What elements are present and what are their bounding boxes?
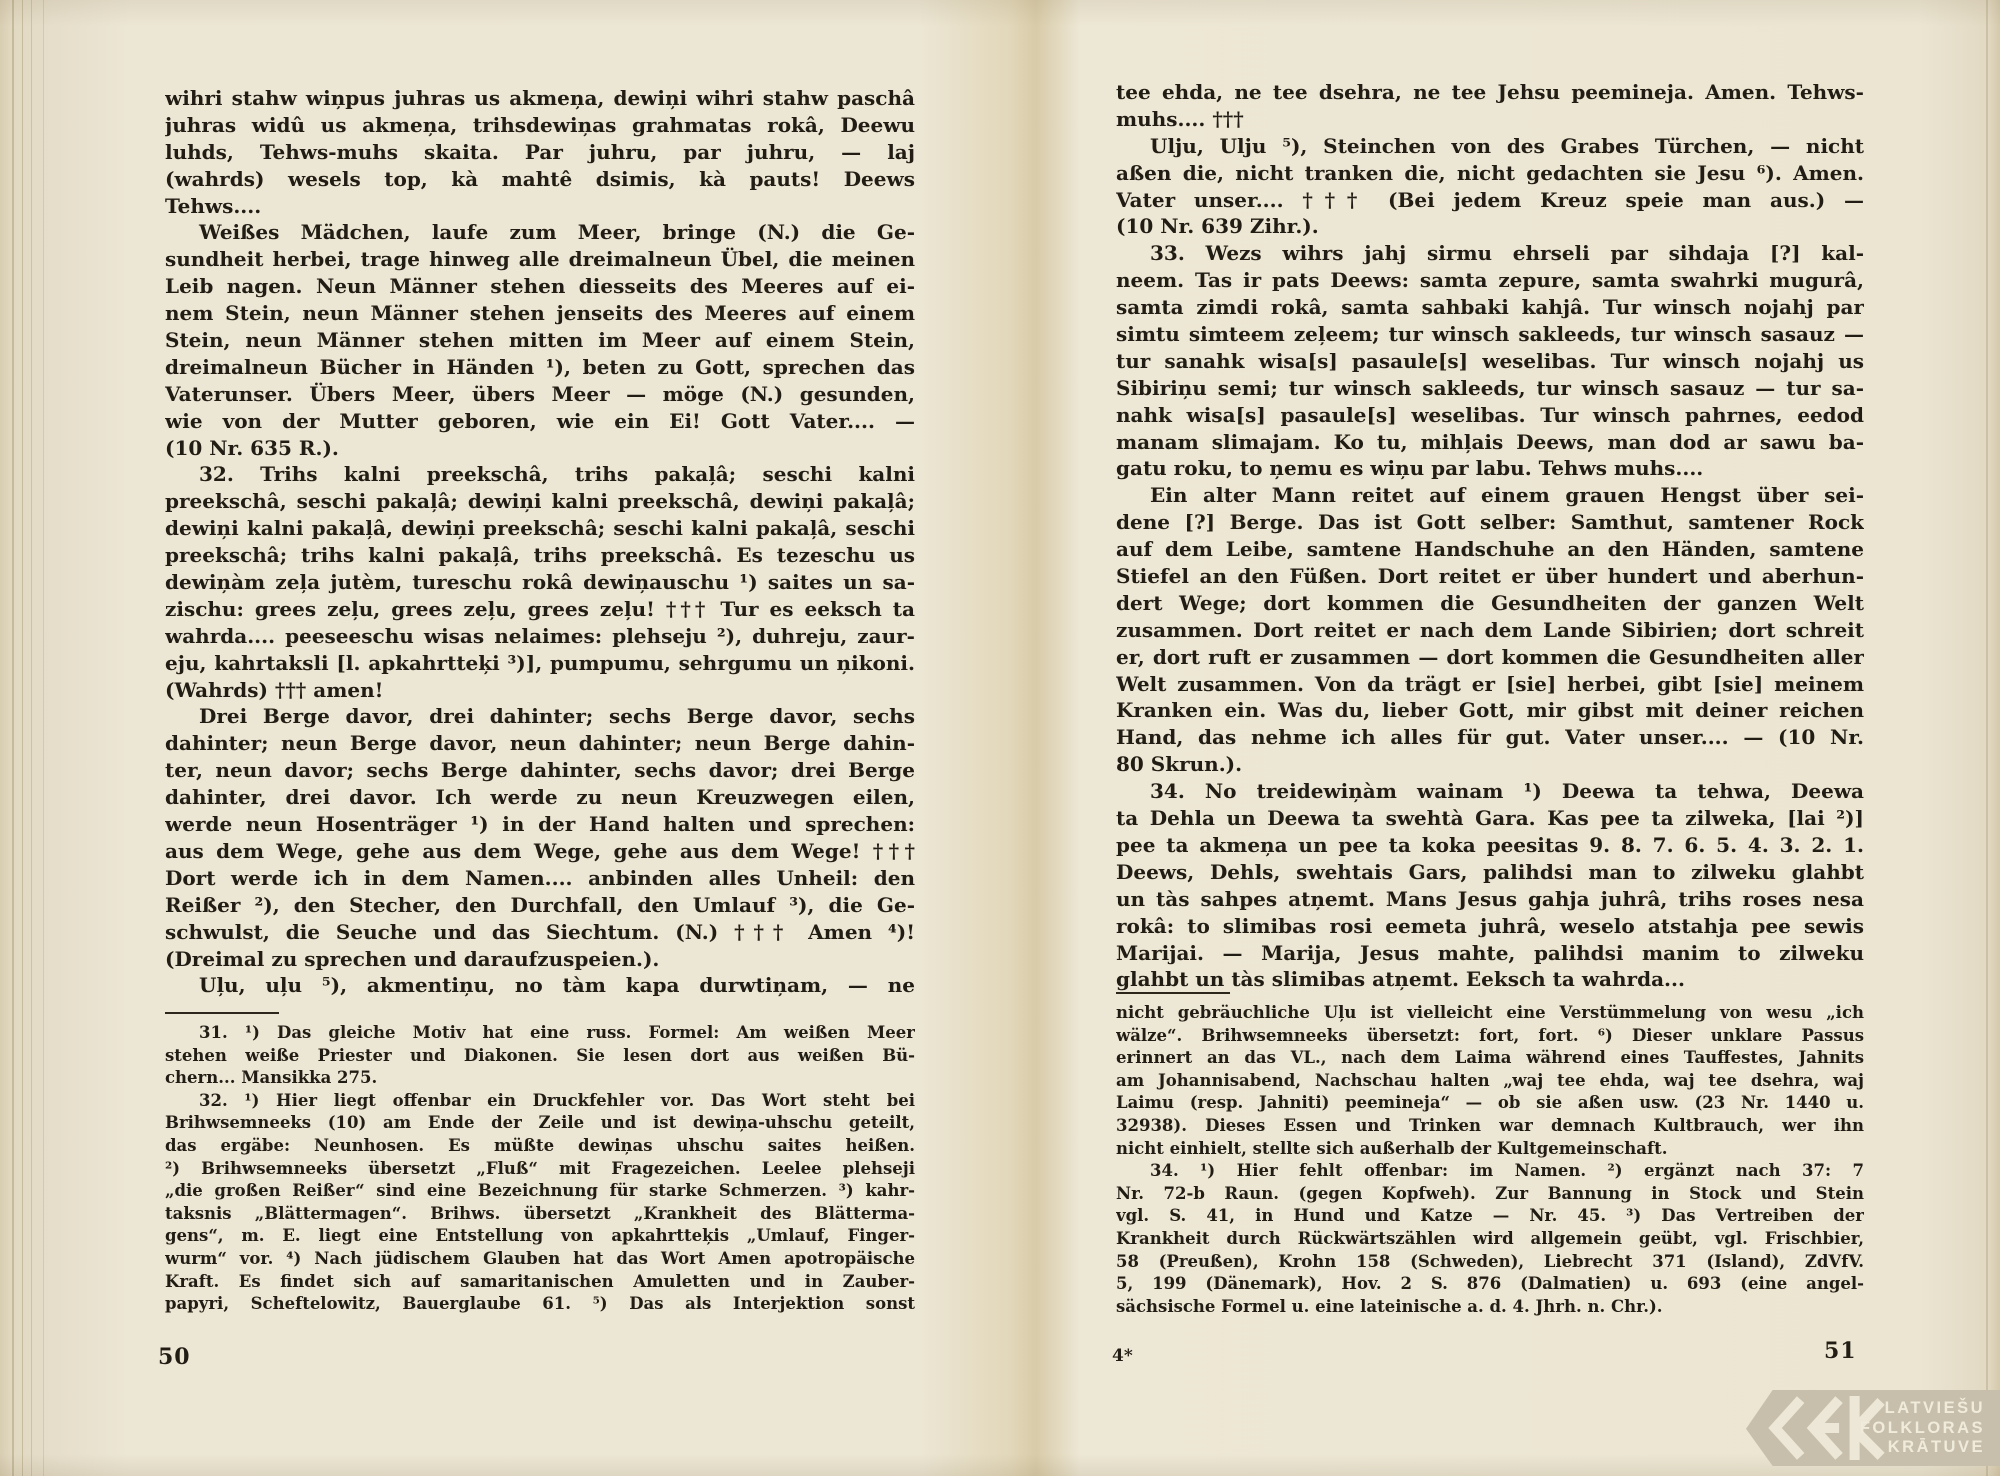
text-line: (wahrds) wesels top, kà mahtê dsimis, kà…: [165, 166, 915, 193]
text-line: 58 (Preußen), Krohn 158 (Schweden), Lieb…: [1116, 1251, 1864, 1274]
bottom-shadow: [0, 1454, 2000, 1476]
text-line: er, dort ruft er zusammen — dort kommen …: [1116, 644, 1864, 671]
text-line: dene [?] Berge. Das ist Gott selber: Sam…: [1116, 509, 1864, 536]
text-line: Vaterunser. Übers Meer, übers Meer — mög…: [165, 381, 915, 408]
text-line: gens“, m. E. liegt eine Entstellung von …: [165, 1225, 915, 1248]
text-line: tee ehda, ne tee dsehra, ne tee Jehsu pe…: [1116, 79, 1864, 106]
text-line: sächsische Formel u. eine lateinische a.…: [1116, 1296, 1864, 1319]
text-line: Ulju, Ulju ⁵), Steinchen von des Grabes …: [1116, 133, 1864, 160]
watermark-text: LATVIEŠU FOLKLORAS KRĀTUVE: [1860, 1399, 1985, 1458]
text-line: 34. No treidewiņàm wainam ¹) Deewa ta te…: [1116, 778, 1864, 805]
text-line: Welt zusammen. Von da trägt er [sie] her…: [1116, 671, 1864, 698]
right-page-number: 51: [1824, 1338, 1857, 1364]
text-line: 80 Skrun.).: [1116, 751, 1864, 778]
text-line: Kraft. Es findet sich auf samaritanische…: [165, 1271, 915, 1294]
text-line: Kranken ein. Was du, lieber Gott, mir gi…: [1116, 697, 1864, 724]
text-line: Uļu, uļu ⁵), akmentiņu, no tàm kapa durw…: [165, 972, 915, 999]
text-line: tur sanahk wisa[s] pasaule[s] weselibas.…: [1116, 348, 1864, 375]
text-line: Weißes Mädchen, laufe zum Meer, bringe (…: [165, 219, 915, 246]
text-line: dreimalneun Bücher in Händen ¹), beten z…: [165, 354, 915, 381]
page-edge-line: [31, 0, 32, 1476]
text-line: erinnert an das VL., nach dem Laima währ…: [1116, 1047, 1864, 1070]
text-line: 32. Trihs kalni preekschâ, trihs pakaļâ;…: [165, 461, 915, 488]
text-line: nem Stein, neun Männer stehen jenseits d…: [165, 300, 915, 327]
text-line: Laimu (resp. Jahniti) peemineja“ — ob si…: [1116, 1092, 1864, 1115]
watermark-banner: LATVIEŠU FOLKLORAS KRĀTUVE: [1746, 1390, 2000, 1466]
text-line: wurm“ vor. ⁴) Nach jüdischem Glauben hat…: [165, 1248, 915, 1271]
text-line: werde neun Hosenträger ¹) in der Hand ha…: [165, 811, 915, 838]
text-line: nahk wisa[s] pasaule[s] weselibas. Tur w…: [1116, 402, 1864, 429]
text-line: Reißer ²), den Stecher, den Durchfall, d…: [165, 892, 915, 919]
left-page-footnotes: 31. ¹) Das gleiche Motiv hat eine russ. …: [165, 1022, 915, 1316]
text-line: Krankheit durch Rückwärtszählen wird all…: [1116, 1228, 1864, 1251]
text-line: manam slimajam. Ko tu, mihļais Deews, ma…: [1116, 429, 1864, 456]
text-line: (Dreimal zu sprechen und daraufzuspeien.…: [165, 946, 915, 973]
text-line: pee ta akmeņa un pee ta koka peesitas 9.…: [1116, 832, 1864, 859]
text-line: chern... Mansikka 275.: [165, 1067, 915, 1090]
right-footnote-rule: [1116, 992, 1230, 994]
text-line: auf dem Leibe, samtene Handschuhe an den…: [1116, 536, 1864, 563]
text-line: samta zimdi rokâ, samta sahbaki kahjâ. T…: [1116, 294, 1864, 321]
text-line: am Johannisabend, Nachschau halten „waj …: [1116, 1070, 1864, 1093]
text-line: 33. Wezs wihrs jahj sirmu ehrseli par si…: [1116, 240, 1864, 267]
page-edge-line: [1986, 0, 1988, 1476]
text-line: 32938). Dieses Essen und Trinken war dem…: [1116, 1115, 1864, 1138]
text-line: Hand, das nehme ich alles für gut. Vater…: [1116, 724, 1864, 751]
text-line: 5, 199 (Dänemark), Hov. 2 S. 876 (Dalmat…: [1116, 1273, 1864, 1296]
text-line: ter, neun davor; sechs Berge dahinter, s…: [165, 757, 915, 784]
text-line: Nr. 72-b Raun. (gegen Kopfweh). Zur Bann…: [1116, 1183, 1864, 1206]
text-line: Leib nagen. Neun Männer stehen diesseits…: [165, 273, 915, 300]
right-page-body-text: tee ehda, ne tee dsehra, ne tee Jehsu pe…: [1116, 79, 1864, 993]
text-line: Deews, Dehls, swehtais Gars, palihdsi ma…: [1116, 859, 1864, 886]
text-line: dert Wege; dort kommen die Gesundheiten …: [1116, 590, 1864, 617]
text-line: das ergäbe: Neunhosen. Es müßte dewiņas …: [165, 1135, 915, 1158]
text-line: glahbt un tàs slimibas atņemt. Eeksch ta…: [1116, 966, 1864, 993]
left-footnote-rule: [165, 1012, 279, 1014]
text-line: dahinter, drei davor. Ich werde zu neun …: [165, 784, 915, 811]
text-line: Brihwsemneeks (10) am Ende der Zeile und…: [165, 1112, 915, 1135]
text-line: wie von der Mutter geboren, wie ein Ei! …: [165, 408, 915, 435]
text-line: (10 Nr. 639 Zihr.).: [1116, 213, 1864, 240]
right-page-footnotes: nicht gebräuchliche Uļu ist vielleicht e…: [1116, 1002, 1864, 1318]
text-line: Vater unser.... ††† (Bei jedem Kreuz spe…: [1116, 187, 1864, 214]
text-line: ta Dehla un Deewa ta swehtà Gara. Kas pe…: [1116, 805, 1864, 832]
signature-mark: 4*: [1112, 1346, 1133, 1366]
text-line: stehen weiße Priester und Diakonen. Sie …: [165, 1045, 915, 1068]
text-line: wihri stahw wiņpus juhras us akmeņa, dew…: [165, 85, 915, 112]
text-line: preekschâ; trihs kalni pakaļâ, trihs pre…: [165, 542, 915, 569]
left-page-number: 50: [158, 1344, 191, 1370]
text-line: Dort werde ich in dem Namen.... anbinden…: [165, 865, 915, 892]
text-line: „die großen Reißer“ sind eine Bezeichnun…: [165, 1180, 915, 1203]
text-line: luhds, Tehws-muhs skaita. Par juhru, par…: [165, 139, 915, 166]
text-line: Stein, neun Männer stehen mitten im Meer…: [165, 327, 915, 354]
text-line: taksnis „Blättermagen“. Brihws. übersetz…: [165, 1203, 915, 1226]
watermark-line-2: FOLKLORAS: [1860, 1419, 1985, 1439]
text-line: zischu: grees zeļu, grees zeļu, grees ze…: [165, 596, 915, 623]
text-line: dahinter; neun Berge davor, neun dahinte…: [165, 730, 915, 757]
text-line: eju, kahrtaksli [l. apkahrtteķi ³)], pum…: [165, 650, 915, 677]
text-line: schwulst, die Seuche und das Siechtum. (…: [165, 919, 915, 946]
text-line: (Wahrds) ††† amen!: [165, 677, 915, 704]
text-line: aßen die, nicht tranken die, nicht gedac…: [1116, 160, 1864, 187]
text-line: Stiefel an den Füßen. Dort reitet er übe…: [1116, 563, 1864, 590]
text-line: wälze“. Brihwsemneeks übersetzt: fort, f…: [1116, 1025, 1864, 1048]
text-line: dewiņi kalni pakaļâ, dewiņi preekschâ; s…: [165, 515, 915, 542]
text-line: 31. ¹) Das gleiche Motiv hat eine russ. …: [165, 1022, 915, 1045]
text-line: dewiņàm zeļa jutèm, tureschu rokâ dewiņa…: [165, 569, 915, 596]
text-line: preekschâ, seschi pakaļâ; dewiņi kalni p…: [165, 488, 915, 515]
text-line: wahrda.... peeseeschu wisas nelaimes: pl…: [165, 623, 915, 650]
text-line: juhras widû us akmeņa, trihsdewiņas grah…: [165, 112, 915, 139]
text-line: (10 Nr. 635 R.).: [165, 435, 915, 462]
text-line: simtu simteem zeļeem; tur winsch sakleed…: [1116, 321, 1864, 348]
text-line: nicht gebräuchliche Uļu ist vielleicht e…: [1116, 1002, 1864, 1025]
watermark-line-3: KRĀTUVE: [1860, 1438, 1985, 1458]
text-line: Ein alter Mann reitet auf einem grauen H…: [1116, 482, 1864, 509]
text-line: Marijai. — Marija, Jesus mahte, palihdsi…: [1116, 940, 1864, 967]
left-page-body-text: wihri stahw wiņpus juhras us akmeņa, dew…: [165, 85, 915, 999]
text-line: ²) Brihwsemneeks übersetzt „Fluß“ mit Fr…: [165, 1158, 915, 1181]
text-line: rokâ: to slimibas rosi eemeta juhrâ, wes…: [1116, 913, 1864, 940]
text-line: un tàs sahpes atņemt. Mans Jesus gahja j…: [1116, 886, 1864, 913]
text-line: muhs.... †††: [1116, 106, 1864, 133]
text-line: papyri, Scheftelowitz, Bauerglaube 61. ⁵…: [165, 1293, 915, 1316]
watermark-line-1: LATVIEŠU: [1860, 1399, 1985, 1419]
text-line: gatu roku, to ņemu es wiņu par labu. Teh…: [1116, 455, 1864, 482]
text-line: nicht einhielt, stellte sich außerhalb d…: [1116, 1138, 1864, 1161]
text-line: Tehws....: [165, 193, 915, 220]
text-line: zusammen. Dort reitet er nach dem Lande …: [1116, 617, 1864, 644]
text-line: Sibiriņu semi; tur winsch sakleeds, tur …: [1116, 375, 1864, 402]
top-shadow: [0, 0, 2000, 26]
page-edge-line: [43, 0, 44, 1476]
text-line: sundheit herbei, trage hinweg alle dreim…: [165, 246, 915, 273]
text-line: aus dem Wege, gehe aus dem Wege, gehe au…: [165, 838, 915, 865]
page-edge-line: [22, 0, 23, 1476]
page-edge-line: [12, 0, 14, 1476]
text-line: neem. Tas ir pats Deews: samta zepure, s…: [1116, 267, 1864, 294]
book-scan-spread: { "meta": { "left_page_number": "50", "r…: [0, 0, 2000, 1476]
text-line: Drei Berge davor, drei dahinter; sechs B…: [165, 703, 915, 730]
text-line: 34. ¹) Hier fehlt offenbar: im Namen. ²)…: [1116, 1160, 1864, 1183]
text-line: 32. ¹) Hier liegt offenbar ein Druckfehl…: [165, 1090, 915, 1113]
text-line: vgl. S. 41, in Hund und Katze — Nr. 45. …: [1116, 1205, 1864, 1228]
